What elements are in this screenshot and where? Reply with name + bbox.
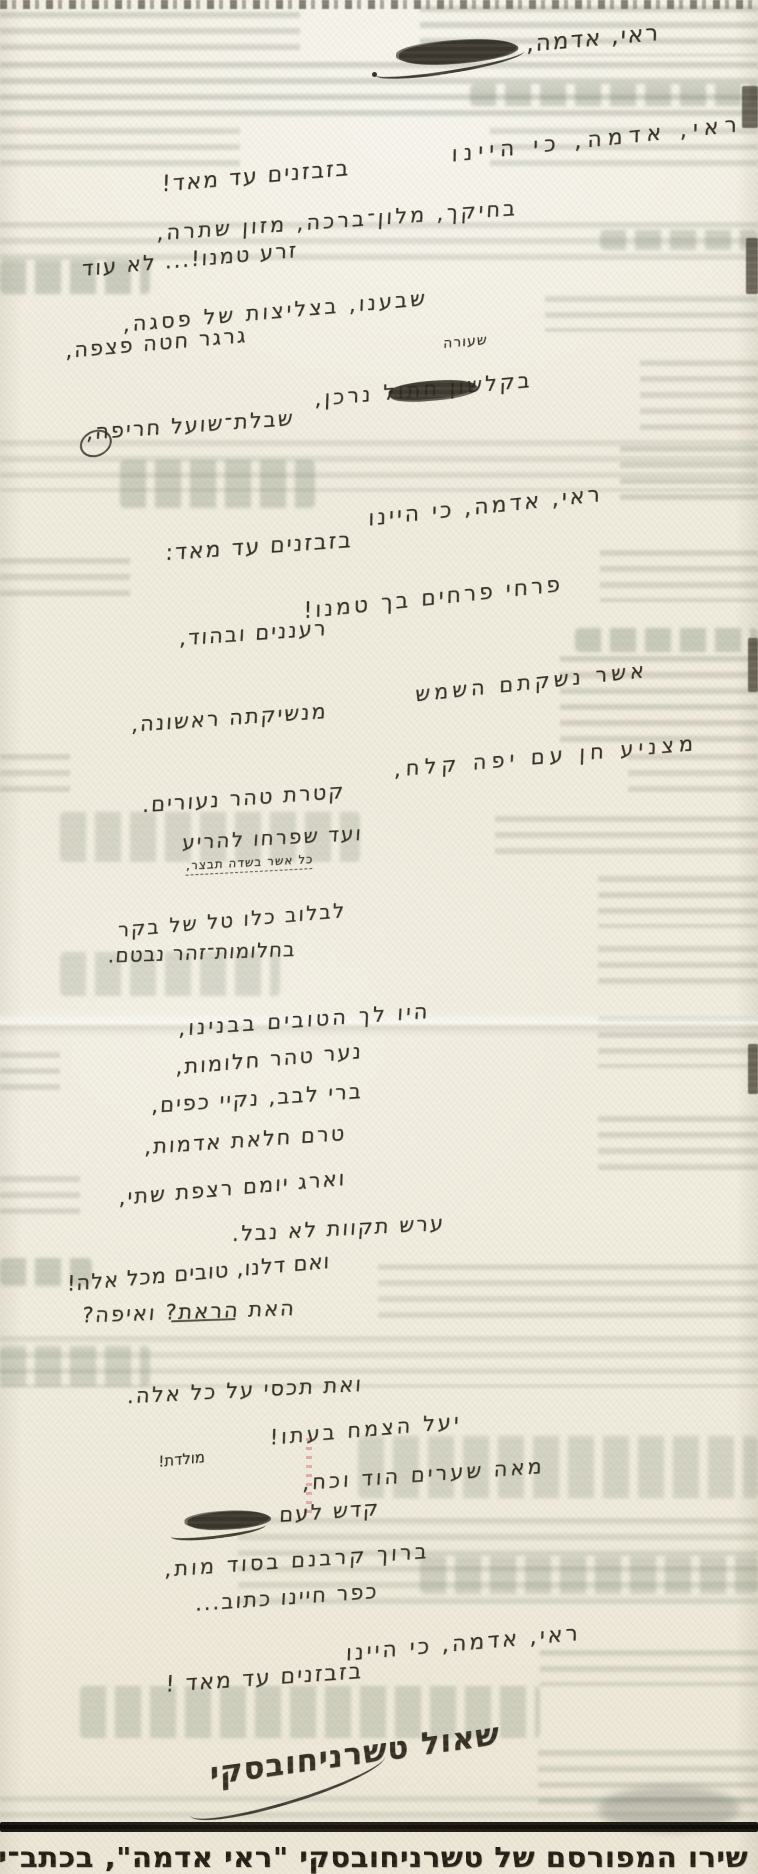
bleedthrough-text-block: [640, 360, 758, 430]
bleedthrough-text-block: [378, 1264, 758, 1324]
poem-line-33: מולדת!: [158, 1448, 205, 1471]
bleedthrough-text-block: [470, 84, 758, 106]
scanned-manuscript-page: ראי, אדמה,ראי, אדמה, כי היינובזבזנים עד …: [0, 0, 758, 1874]
bleedthrough-text-block: [628, 754, 758, 800]
bleedthrough-text-block: [545, 296, 758, 332]
poem-line-text: וארג יומם רצפת שתי,: [118, 1166, 346, 1210]
poem-line-text: לבלוב כלו טל של בקר: [117, 898, 346, 942]
bleedthrough-text-block: [0, 754, 70, 800]
poem-line-27: ערש תקוות לא נבל.: [231, 1211, 445, 1246]
poem-line-13: רעננים ובהוד,: [179, 616, 328, 651]
poem-line-29: האת הראת? ואיפה?: [81, 1296, 297, 1328]
page-edge-text-fragment: [746, 238, 758, 294]
poem-line-text: פרחי פרחים בך טמנו!: [303, 572, 563, 624]
poem-line-6: שעורה: [443, 332, 488, 352]
poem-line-text: ואם דלנו, טובים מכל אלה!: [66, 1249, 330, 1296]
bleedthrough-text-block: [0, 1346, 150, 1386]
bleedthrough-text-block: [620, 446, 758, 500]
poem-line-text: בזבזנים עד מאד:: [165, 528, 354, 566]
poem-line-text: שעורה: [443, 332, 488, 352]
bleedthrough-text-block: [598, 946, 758, 992]
bleedthrough-text-block: [575, 628, 758, 652]
poem-line-11: בזבזנים עד מאד:: [165, 528, 354, 566]
poem-line-text: ערש תקוות לא נבל.: [231, 1211, 445, 1246]
poem-line-8: בקלשון חתול נרכן,: [315, 368, 534, 411]
bleedthrough-text-block: [420, 1556, 758, 1594]
poem-line-26: וארג יומם רצפת שתי,: [118, 1166, 346, 1210]
poem-line-text: האת הראת? ואיפה?: [81, 1296, 297, 1328]
poem-line-15: מנשיקתה ראשונה,: [131, 699, 328, 737]
poem-line-text: נער טהר חלומות,: [175, 1039, 363, 1080]
poem-line-24: ברי לבב, נקיי כפים,: [151, 1079, 364, 1118]
bleedthrough-text-block: [598, 876, 758, 928]
poem-line-23: נער טהר חלומות,: [175, 1039, 363, 1080]
bleedthrough-text-block: [0, 12, 300, 60]
bleedthrough-text-block: [0, 1052, 60, 1092]
bleedthrough-text-block: [0, 558, 130, 604]
page-edge-text-fragment: [748, 638, 758, 692]
bleedthrough-text-block: [495, 816, 758, 862]
poem-line-28: ואם דלנו, טובים מכל אלה!: [66, 1249, 330, 1296]
poem-line-12: פרחי פרחים בך טמנו!: [303, 572, 563, 624]
poem-line-25: טרם חלאת אדמות,: [144, 1121, 347, 1159]
page-edge-text-fragment: [742, 86, 758, 128]
bleedthrough-text-block: [600, 550, 758, 602]
photo-caption: שירו המפורסם של טשרניחובסקי "ראי אדמה", …: [0, 1841, 748, 1874]
poem-line-text: מולדת!: [158, 1448, 205, 1471]
bleedthrough-text-block: [600, 230, 758, 250]
poem-line-text: רעננים ובהוד,: [179, 616, 328, 651]
caption-divider-rule: [0, 1822, 758, 1832]
poem-line-text: טרם חלאת אדמות,: [144, 1121, 347, 1159]
page-edge-text-fragment: [748, 1044, 758, 1094]
bleedthrough-text-block: [120, 460, 315, 508]
poem-line-text: שבלת־שועל חריפה,: [85, 406, 294, 445]
bleedthrough-text-block: [0, 1176, 80, 1222]
bleedthrough-text-block: [598, 1116, 758, 1176]
poem-line-9: שבלת־שועל חריפה,: [85, 406, 294, 445]
poem-line-text: מנשיקתה ראשונה,: [131, 699, 328, 737]
bleedthrough-text-block: [540, 1650, 758, 1686]
poem-line-20: לבלוב כלו טל של בקר: [117, 898, 346, 942]
poem-line-text: ברי לבב, נקיי כפים,: [151, 1079, 364, 1118]
